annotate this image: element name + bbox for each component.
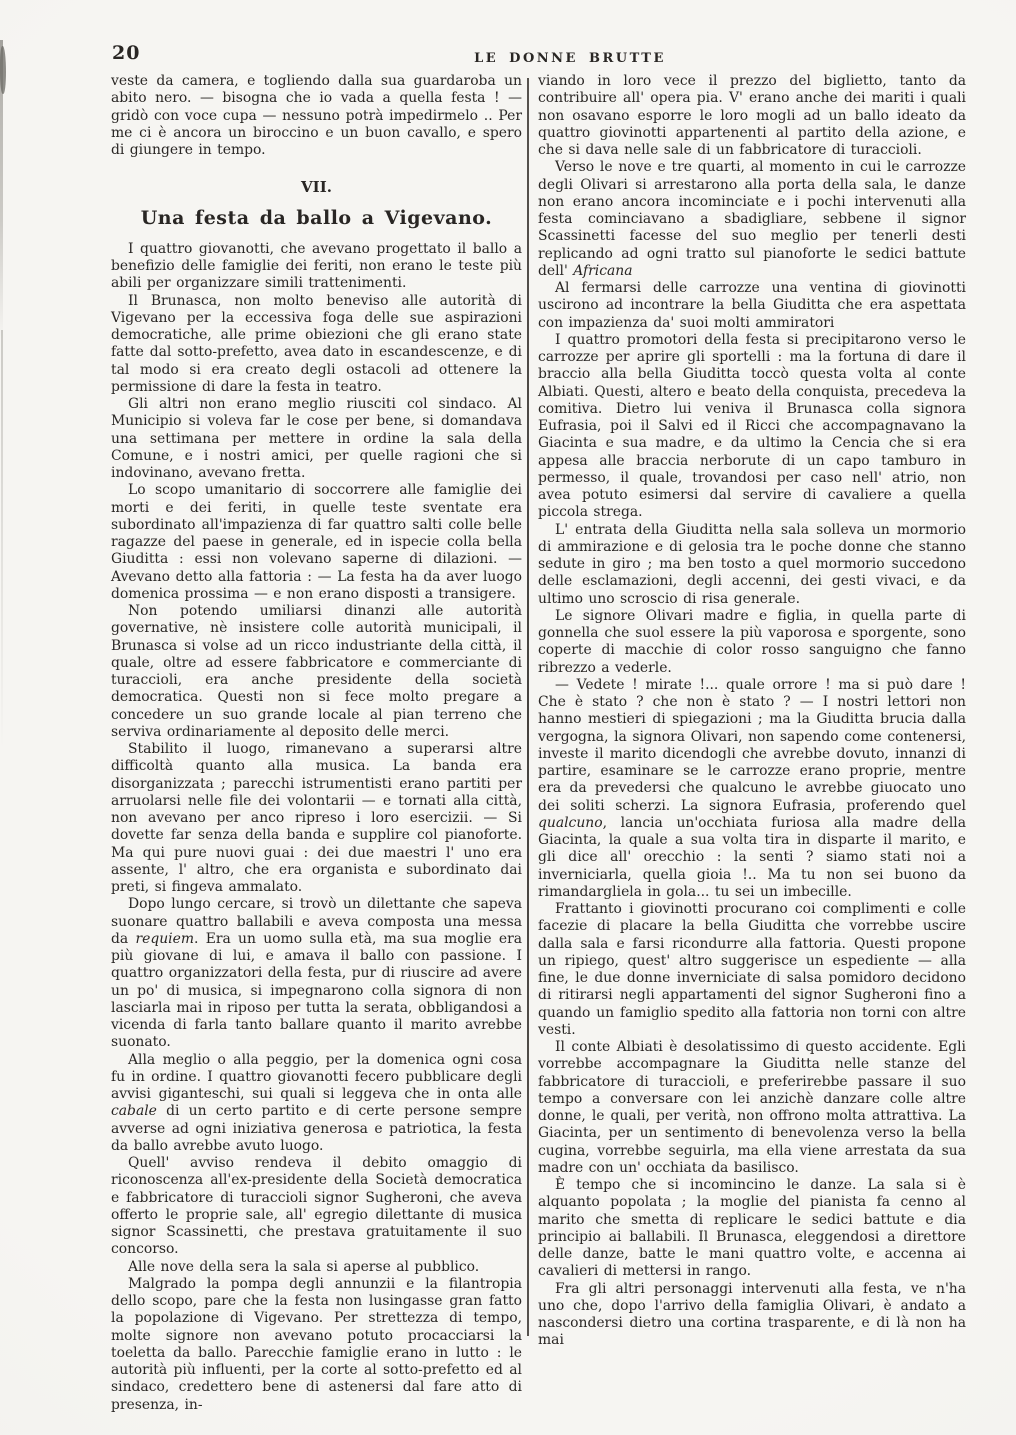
running-title: LE DONNE BRUTTE [110,51,1016,66]
paragraph: Malgrado la pompa degli annunzii e la fi… [111,1276,522,1414]
left-column: veste da camera, e togliendo dalla sua g… [111,73,522,1414]
paragraph: Le signore Olivari madre e figlia, in qu… [538,608,966,677]
chapter-title-heading: Una festa da ballo a Vigevano. [111,210,522,227]
paragraph: Lo scopo umanitario di soccorrere alle f… [111,482,522,603]
paragraph: Il conte Albiati è desolatissimo di ques… [538,1039,966,1177]
right-column: viando in loro vece il prezzo del biglie… [538,73,966,1350]
paragraph: Frattanto i giovinotti procurano coi com… [538,901,966,1039]
paragraph: Dopo lungo cercare, si trovò un dilettan… [111,896,522,1051]
paragraph: Alle nove della sera la sala si aperse a… [111,1259,522,1276]
paragraph: — Vedete ! mirate !... quale orrore ! ma… [538,677,966,901]
paragraph: viando in loro vece il prezzo del biglie… [538,73,966,159]
paragraph: Quell' avviso rendeva il debito omaggio … [111,1155,522,1259]
paragraph: Al fermarsi delle carrozze una ventina d… [538,280,966,332]
paragraph: L' entrata della Giuditta nella sala sol… [538,522,966,608]
paragraph: Stabilito il luogo, rimanevano a superar… [111,741,522,896]
paragraph: Alla meglio o alla peggio, per la domeni… [111,1052,522,1156]
scan-artifact [0,46,6,94]
paragraph: Verso le nove e tre quarti, al momento i… [538,159,966,280]
paragraph: I quattro giovanotti, che avevano proget… [111,241,522,293]
book-page-scan: 20 LE DONNE BRUTTE veste da camera, e to… [0,0,1016,1435]
paragraph: Non potendo umiliarsi dinanzi alle autor… [111,603,522,741]
chapter-number-heading: VII. [111,179,522,196]
paragraph: veste da camera, e togliendo dalla sua g… [111,73,522,159]
paragraph: Gli altri non erano meglio riusciti col … [111,396,522,482]
column-divider [527,78,529,1336]
paragraph: È tempo che si incomincino le danze. La … [538,1177,966,1281]
paragraph: Fra gli altri personaggi intervenuti all… [538,1281,966,1350]
paragraph: Il Brunasca, non molto beneviso alle aut… [111,293,522,397]
scan-artifact [1,330,3,750]
paragraph: I quattro promotori della festa si preci… [538,332,966,522]
